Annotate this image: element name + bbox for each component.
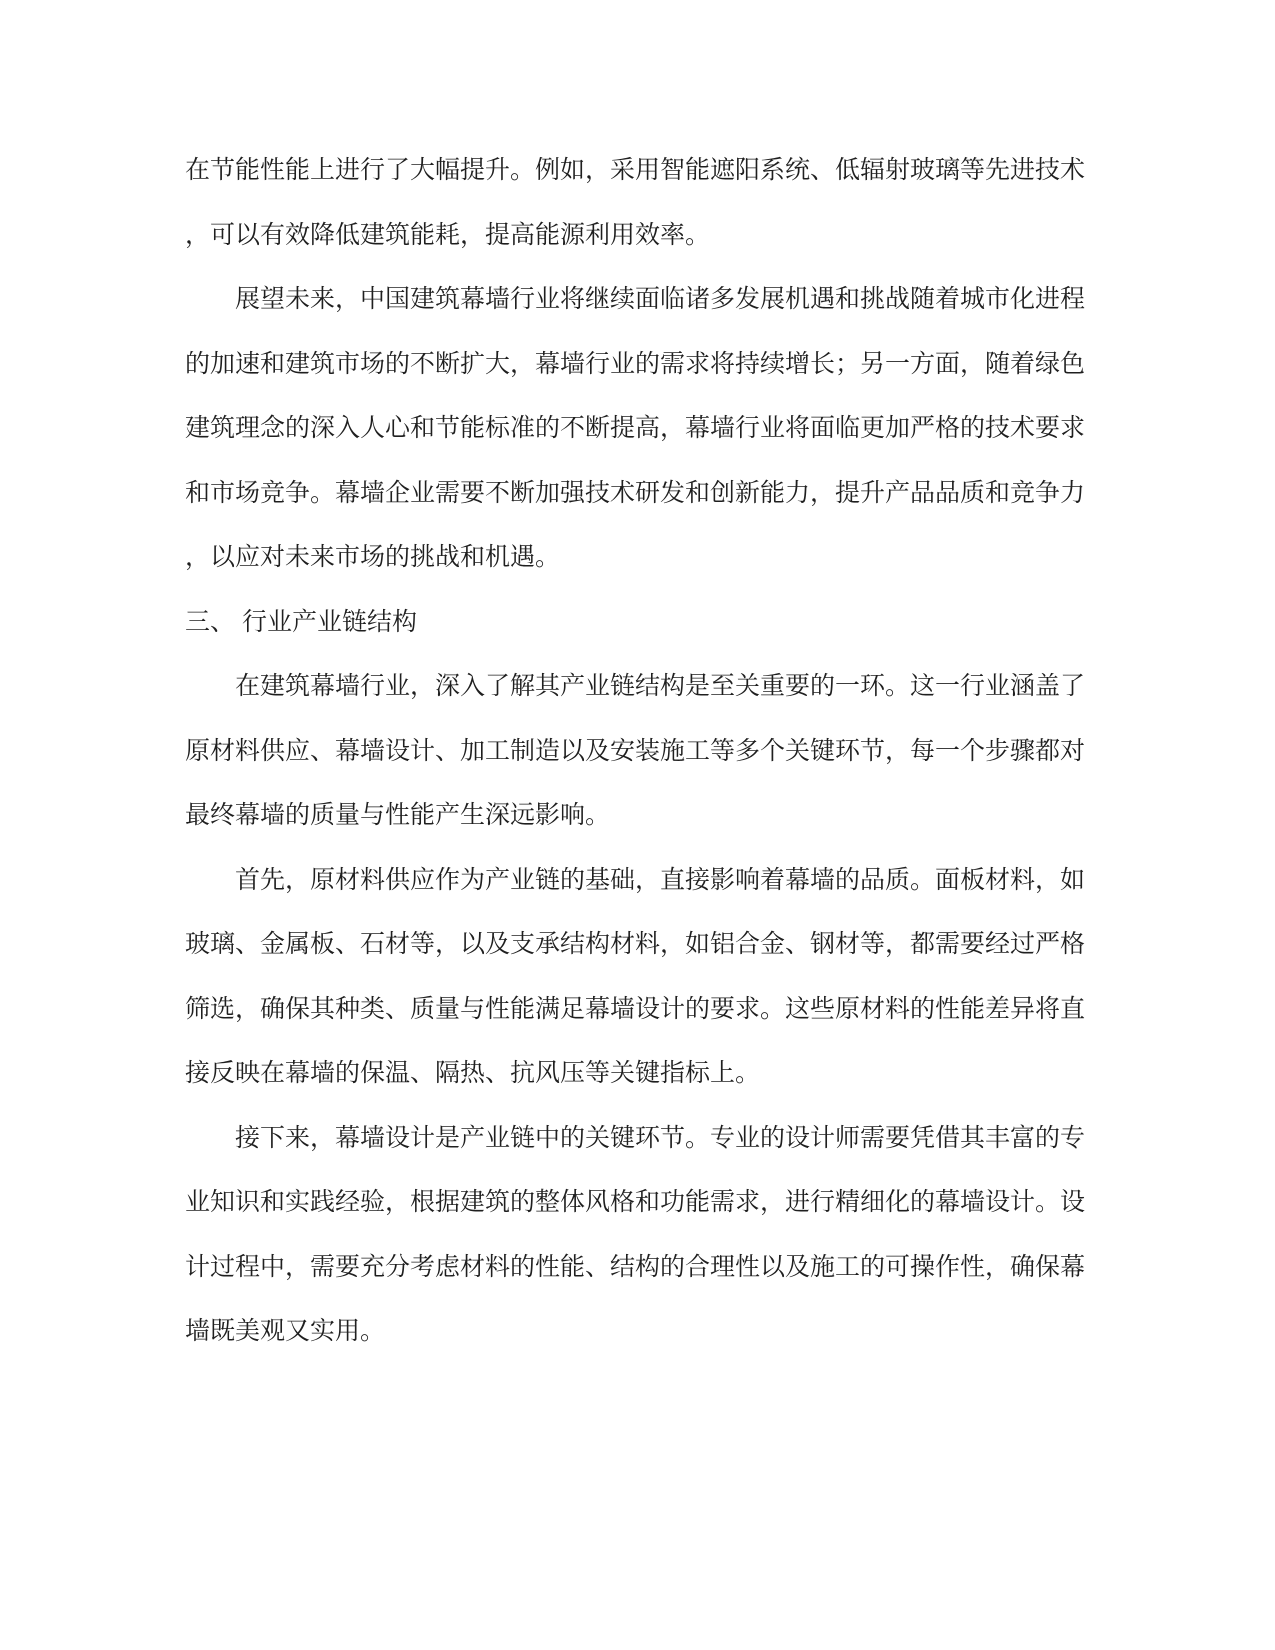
text-line: 在建筑幕墙行业，深入了解其产业链结构是至关重要的一环。这一行业涵盖了 — [185, 654, 1091, 719]
text-line: ，以应对未来市场的挑战和机遇。 — [185, 525, 1091, 590]
text-line: ，可以有效降低建筑能耗，提高能源利用效率。 — [185, 203, 1091, 268]
text-line: 原材料供应、幕墙设计、加工制造以及安装施工等多个关键环节，每一个步骤都对 — [185, 719, 1091, 784]
text-line: 墙既美观又实用。 — [185, 1299, 1091, 1364]
text-line: 计过程中，需要充分考虑材料的性能、结构的合理性以及施工的可操作性，确保幕 — [185, 1235, 1091, 1300]
text-line: 接反映在幕墙的保温、隔热、抗风压等关键指标上。 — [185, 1041, 1091, 1106]
text-line: 筛选，确保其种类、质量与性能满足幕墙设计的要求。这些原材料的性能差异将直 — [185, 977, 1091, 1042]
document-page: 在节能性能上进行了大幅提升。例如，采用智能遮阳系统、低辐射玻璃等先进技术，可以有… — [0, 0, 1275, 1650]
text-line: 业知识和实践经验，根据建筑的整体风格和功能需求，进行精细化的幕墙设计。设 — [185, 1170, 1091, 1235]
text-line: 在节能性能上进行了大幅提升。例如，采用智能遮阳系统、低辐射玻璃等先进技术 — [185, 138, 1091, 203]
text-line: 和市场竞争。幕墙企业需要不断加强技术研发和创新能力，提升产品品质和竞争力 — [185, 461, 1091, 526]
document-body: 在节能性能上进行了大幅提升。例如，采用智能遮阳系统、低辐射玻璃等先进技术，可以有… — [185, 138, 1091, 1364]
text-line: 的加速和建筑市场的不断扩大，幕墙行业的需求将持续增长；另一方面，随着绿色 — [185, 332, 1091, 397]
text-line: 最终幕墙的质量与性能产生深远影响。 — [185, 783, 1091, 848]
text-line: 接下来，幕墙设计是产业链中的关键环节。专业的设计师需要凭借其丰富的专 — [185, 1106, 1091, 1171]
section-heading: 三、 行业产业链结构 — [185, 590, 1091, 655]
text-line: 展望未来，中国建筑幕墙行业将继续面临诸多发展机遇和挑战随着城市化进程 — [185, 267, 1091, 332]
text-line: 玻璃、金属板、石材等，以及支承结构材料，如铝合金、钢材等，都需要经过严格 — [185, 912, 1091, 977]
text-line: 建筑理念的深入人心和节能标准的不断提高，幕墙行业将面临更加严格的技术要求 — [185, 396, 1091, 461]
text-line: 首先，原材料供应作为产业链的基础，直接影响着幕墙的品质。面板材料，如 — [185, 848, 1091, 913]
